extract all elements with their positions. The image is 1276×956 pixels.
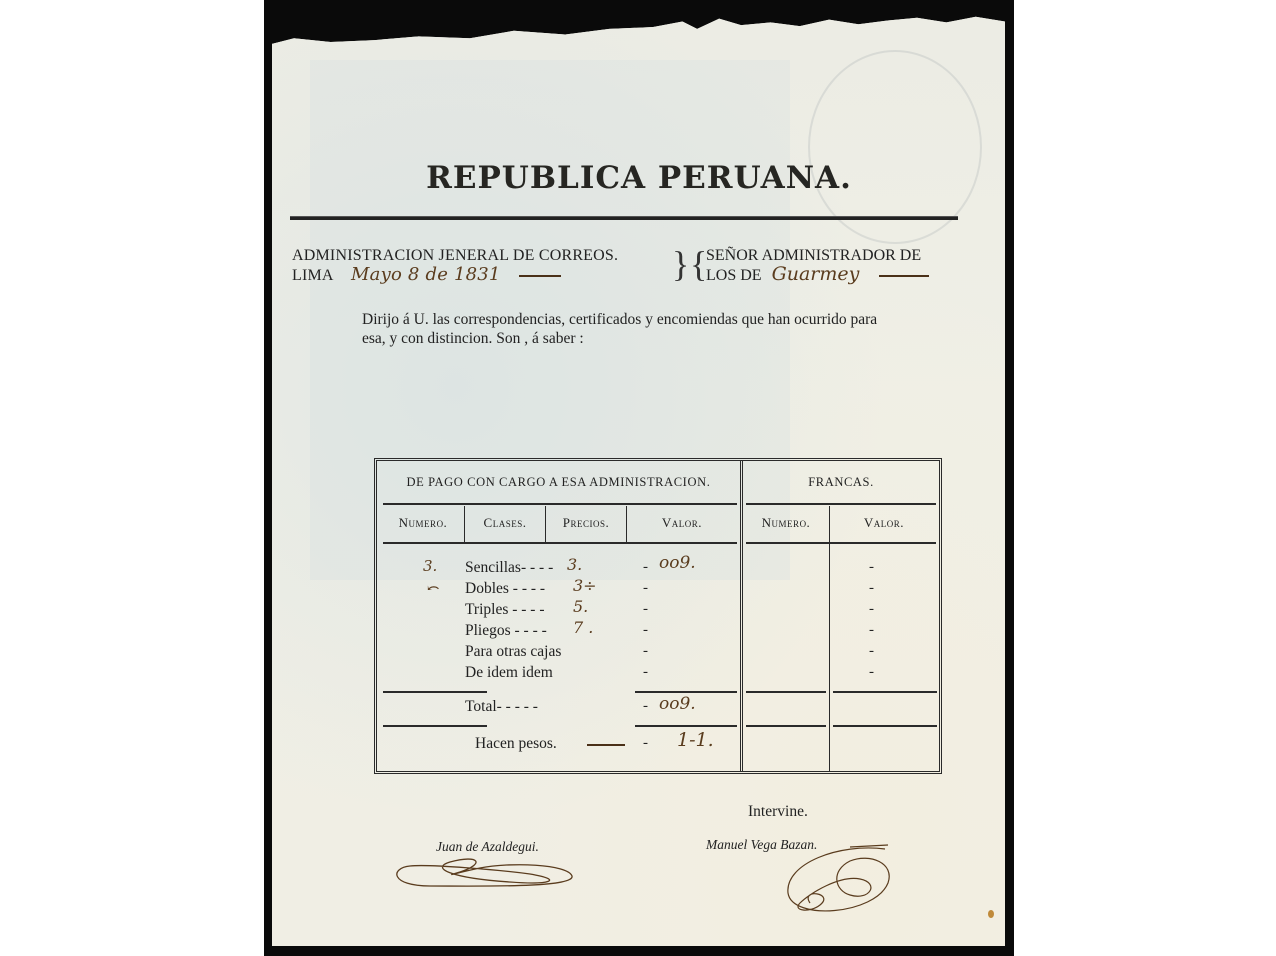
col-header-francas-valor: Valor. — [830, 515, 938, 531]
row-numero: ⤺ — [427, 579, 440, 597]
pesos-dash: - — [643, 735, 648, 752]
rule — [746, 542, 936, 544]
intro-line-1: Dirijo á U. las correspondencias, certif… — [362, 310, 962, 329]
recipient-block: SEÑOR ADMINISTRADOR DE LOS DE Guarmey — [706, 246, 929, 285]
row-francas-valor: - — [869, 664, 874, 681]
handwritten-place: Guarmey — [772, 263, 860, 285]
rule — [635, 691, 737, 693]
rule — [383, 725, 487, 727]
rule — [635, 725, 737, 727]
col-header-clases: Clases. — [465, 515, 545, 531]
row-clase: Dobles - - - - — [465, 580, 545, 598]
row-dash: - — [643, 559, 648, 576]
intro-line-2: esa, y con distincion. Son , á saber : — [362, 329, 962, 348]
col-rule — [829, 506, 830, 771]
row-francas-valor: - — [869, 622, 874, 639]
handwritten-stroke — [519, 275, 561, 277]
intervine-label: Intervine. — [748, 803, 808, 821]
row-francas-valor: - — [869, 643, 874, 660]
sender-line-1: ADMINISTRACION JENERAL DE CORREOS. — [292, 246, 618, 265]
row-precio: 5. — [573, 597, 588, 616]
row-clase: Para otras cajas — [465, 643, 561, 661]
rule — [746, 503, 936, 505]
rule — [833, 725, 937, 727]
row-clase: Pliegos - - - - — [465, 622, 547, 640]
section-divider — [740, 461, 743, 771]
recipient-prefix: LOS DE — [706, 267, 762, 284]
rule — [383, 503, 737, 505]
rule — [746, 725, 826, 727]
recipient-line-2: LOS DE Guarmey — [706, 265, 929, 285]
col-header-numero: Numero. — [383, 515, 463, 531]
total-label: Total- - - - - — [465, 698, 538, 716]
row-dash: - — [643, 643, 648, 660]
row-precio: 7 . — [573, 618, 593, 637]
row-francas-valor: - — [869, 601, 874, 618]
section-title-francas: FRANCAS. — [743, 475, 939, 490]
ledger-table: DE PAGO CON CARGO A ESA ADMINISTRACION. … — [374, 458, 942, 774]
faint-seal-stamp — [808, 50, 982, 244]
row-francas-valor: - — [869, 559, 874, 576]
sender-block: ADMINISTRACION JENERAL DE CORREOS. LIMA … — [292, 246, 618, 285]
pesos-value: 1-1. — [677, 729, 714, 751]
row-dash: - — [643, 580, 648, 597]
total-value: oo9. — [659, 694, 696, 714]
row-clase: Sencillas- - - - — [465, 559, 553, 577]
row-dash: - — [643, 664, 648, 681]
rule — [833, 691, 937, 693]
row-clase: De idem idem — [465, 664, 553, 682]
brace-left-glyph: { — [690, 246, 707, 282]
row-numero: 3. — [423, 557, 437, 575]
right-signature-flourish-icon — [780, 843, 895, 918]
handwritten-stroke — [879, 275, 929, 277]
city-label: LIMA — [292, 267, 333, 284]
row-valor: oo9. — [659, 553, 696, 573]
left-signer-name: Juan de Azaldegui. — [436, 839, 539, 855]
col-header-precios: Precios. — [546, 515, 626, 531]
left-signature-flourish-icon — [390, 858, 580, 896]
sender-line-2: LIMA Mayo 8 de 1831 — [292, 265, 618, 285]
row-francas-valor: - — [869, 580, 874, 597]
handwritten-stroke — [587, 744, 625, 746]
total-dash: - — [643, 698, 648, 715]
row-precio: 3. — [567, 555, 582, 574]
brace-right-glyph: } — [672, 246, 689, 282]
section-title-de-pago: DE PAGO CON CARGO A ESA ADMINISTRACION. — [377, 475, 740, 490]
rule — [383, 542, 737, 544]
pesos-label: Hacen pesos. — [475, 735, 557, 753]
row-dash: - — [643, 622, 648, 639]
row-clase: Triples - - - - — [465, 601, 545, 619]
row-precio: 3÷ — [573, 576, 597, 595]
handwritten-date: Mayo 8 de 1831 — [351, 264, 501, 285]
row-dash: - — [643, 601, 648, 618]
col-header-francas-numero: Numero. — [743, 515, 829, 531]
rule — [746, 691, 826, 693]
intro-paragraph: Dirijo á U. las correspondencias, certif… — [362, 310, 962, 348]
col-header-valor: Valor. — [627, 515, 737, 531]
foxing-spot — [988, 910, 994, 918]
title-rule — [290, 216, 958, 220]
rule — [383, 691, 487, 693]
document-title: REPUBLICA PERUANA. — [264, 160, 1014, 196]
